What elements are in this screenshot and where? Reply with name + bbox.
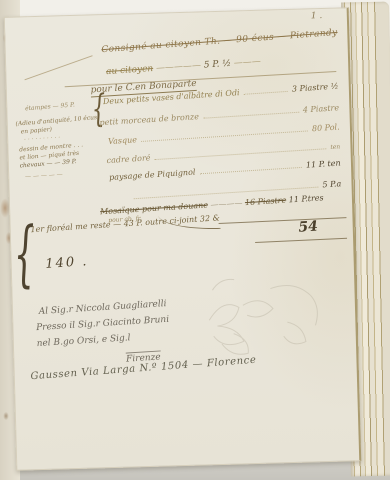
leader-dash: ————: [210, 198, 245, 209]
item-amount-struck: 16 Piastre: [245, 196, 287, 208]
header-line-2-left: au citoyen: [106, 64, 154, 77]
total-rule-bottom: [255, 238, 347, 243]
item-amount: 5 P.a: [322, 179, 341, 189]
manuscript-page: 1 . Consigné au citoyen Th. — 90 écus — …: [4, 7, 362, 470]
item-amount: 80 Pol.: [312, 122, 340, 133]
header-line-1: Consigné au citoyen Th. — 90 écus — Piet…: [101, 28, 338, 55]
item-amount: 4 Piastre: [303, 103, 340, 114]
item-amount: ten: [330, 143, 340, 151]
address-line: Presso il Sig.r Giacinto Bruni: [36, 315, 169, 333]
item-amount: 11 P. ten: [306, 158, 341, 169]
header-line-2-dash1: —————: [156, 61, 202, 74]
address-line: nel B.go Orsi, e Sig.l: [36, 333, 130, 349]
item-amount: 11 P.tres: [288, 193, 323, 204]
leader-dots: [155, 148, 327, 160]
item-text: cadre doré: [106, 153, 150, 165]
margin-note: — — — — —: [25, 171, 63, 180]
leader-dots: [203, 112, 299, 119]
address-line: Al Sig.r Niccola Guagliarelli: [38, 299, 166, 317]
page-number: 1 .: [311, 11, 323, 21]
header-line-2-amount: 5 P. ½: [204, 59, 232, 71]
item-amount: 3 Piastre ½: [292, 82, 339, 94]
leader-dots: [199, 167, 302, 174]
header-line-2: au citoyen ————— 5 P. ½ ———: [106, 57, 261, 77]
header-line-2-dash2: ———: [234, 57, 262, 69]
leader-dots: [244, 91, 288, 95]
margin-note: · · · · · · · · · ·: [24, 134, 61, 143]
margin-note: étampes — 95 P.: [25, 101, 75, 112]
total-rule-top: [219, 217, 347, 224]
item-text: Vasque: [108, 135, 137, 146]
grand-total: 54: [298, 219, 318, 236]
summary-total: 140 .: [45, 254, 89, 272]
manuscript-photo: 1 . Consigné au citoyen Th. — 90 écus — …: [0, 0, 390, 480]
item-text: paysage de Piquignol: [109, 168, 196, 182]
leader-dots: [141, 130, 308, 142]
margin-note: (Adieu d'antiquité, 10 écus: [15, 114, 97, 128]
item-text: petit morceau de bronze: [99, 112, 199, 127]
pen-slash-stroke: [24, 55, 92, 80]
